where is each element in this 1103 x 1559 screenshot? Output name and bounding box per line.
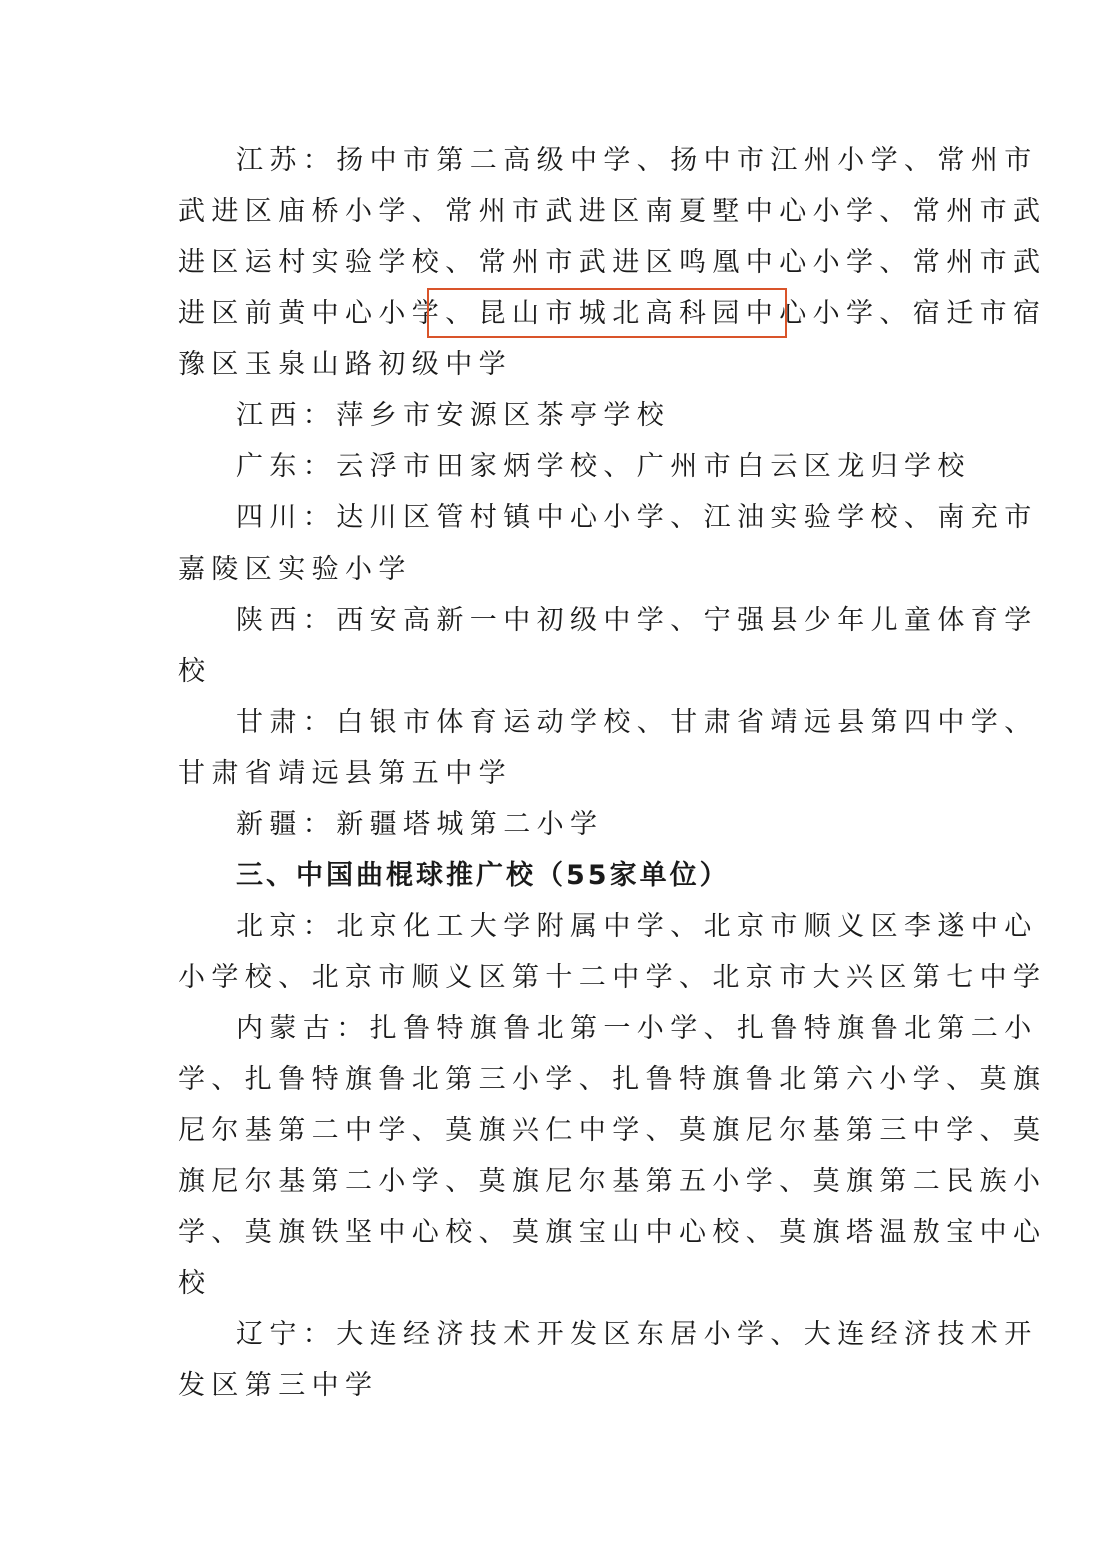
text-line: 武进区庙桥小学、常州市武进区南夏墅中心小学、常州市武 [178,195,1046,229]
text-line: 旗尼尔基第二小学、莫旗尼尔基第五小学、莫旗第二民族小 [178,1165,1046,1199]
text-line: 豫区玉泉山路初级中学 [178,348,512,382]
text-line-xinjiang: 新疆：新疆塔城第二小学 [236,808,603,842]
text-line-beijing: 北京：北京化工大学附属中学、北京市顺义区李遂中心 [236,910,1038,944]
text-line: 发区第三中学 [178,1369,378,1403]
text-line-sichuan: 四川：达川区管村镇中心小学、江油实验学校、南充市 [236,501,1038,535]
text-line-shaanxi: 陕西：西安高新一中初级中学、宁强县少年儿童体育学 [236,604,1038,638]
text-line: 甘肃省靖远县第五中学 [178,757,512,791]
text-line-neimenggu: 内蒙古：扎鲁特旗鲁北第一小学、扎鲁特旗鲁北第二小 [236,1012,1038,1046]
document-page: 江苏：扬中市第二高级中学、扬中市江州小学、常州市 武进区庙桥小学、常州市武进区南… [0,0,1103,1559]
text-line-jiangsu: 江苏：扬中市第二高级中学、扬中市江州小学、常州市 [236,144,1038,178]
text-line: 学、莫旗铁坚中心校、莫旗宝山中心校、莫旗塔温敖宝中心 [178,1216,1046,1250]
text-line-jiangxi: 江西：萍乡市安源区茶亭学校 [236,399,670,433]
text-line-gansu: 甘肃：白银市体育运动学校、甘肃省靖远县第四中学、 [236,706,1038,740]
text-line: 尼尔基第二中学、莫旗兴仁中学、莫旗尼尔基第三中学、莫 [178,1114,1046,1148]
highlight-box [427,288,787,338]
text-line: 进区运村实验学校、常州市武进区鸣凰中心小学、常州市武 [178,246,1046,280]
text-line-guangdong: 广东：云浮市田家炳学校、广州市白云区龙归学校 [236,450,971,484]
text-line: 嘉陵区实验小学 [178,553,412,587]
section-heading: 三、中国曲棍球推广校（55家单位） [236,859,730,893]
text-line: 校 [178,655,211,689]
text-line: 学、扎鲁特旗鲁北第三小学、扎鲁特旗鲁北第六小学、莫旗 [178,1063,1046,1097]
text-line: 小学校、北京市顺义区第十二中学、北京市大兴区第七中学 [178,961,1046,995]
text-line: 校 [178,1267,211,1301]
text-line-liaoning: 辽宁：大连经济技术开发区东居小学、大连经济技术开 [236,1318,1038,1352]
